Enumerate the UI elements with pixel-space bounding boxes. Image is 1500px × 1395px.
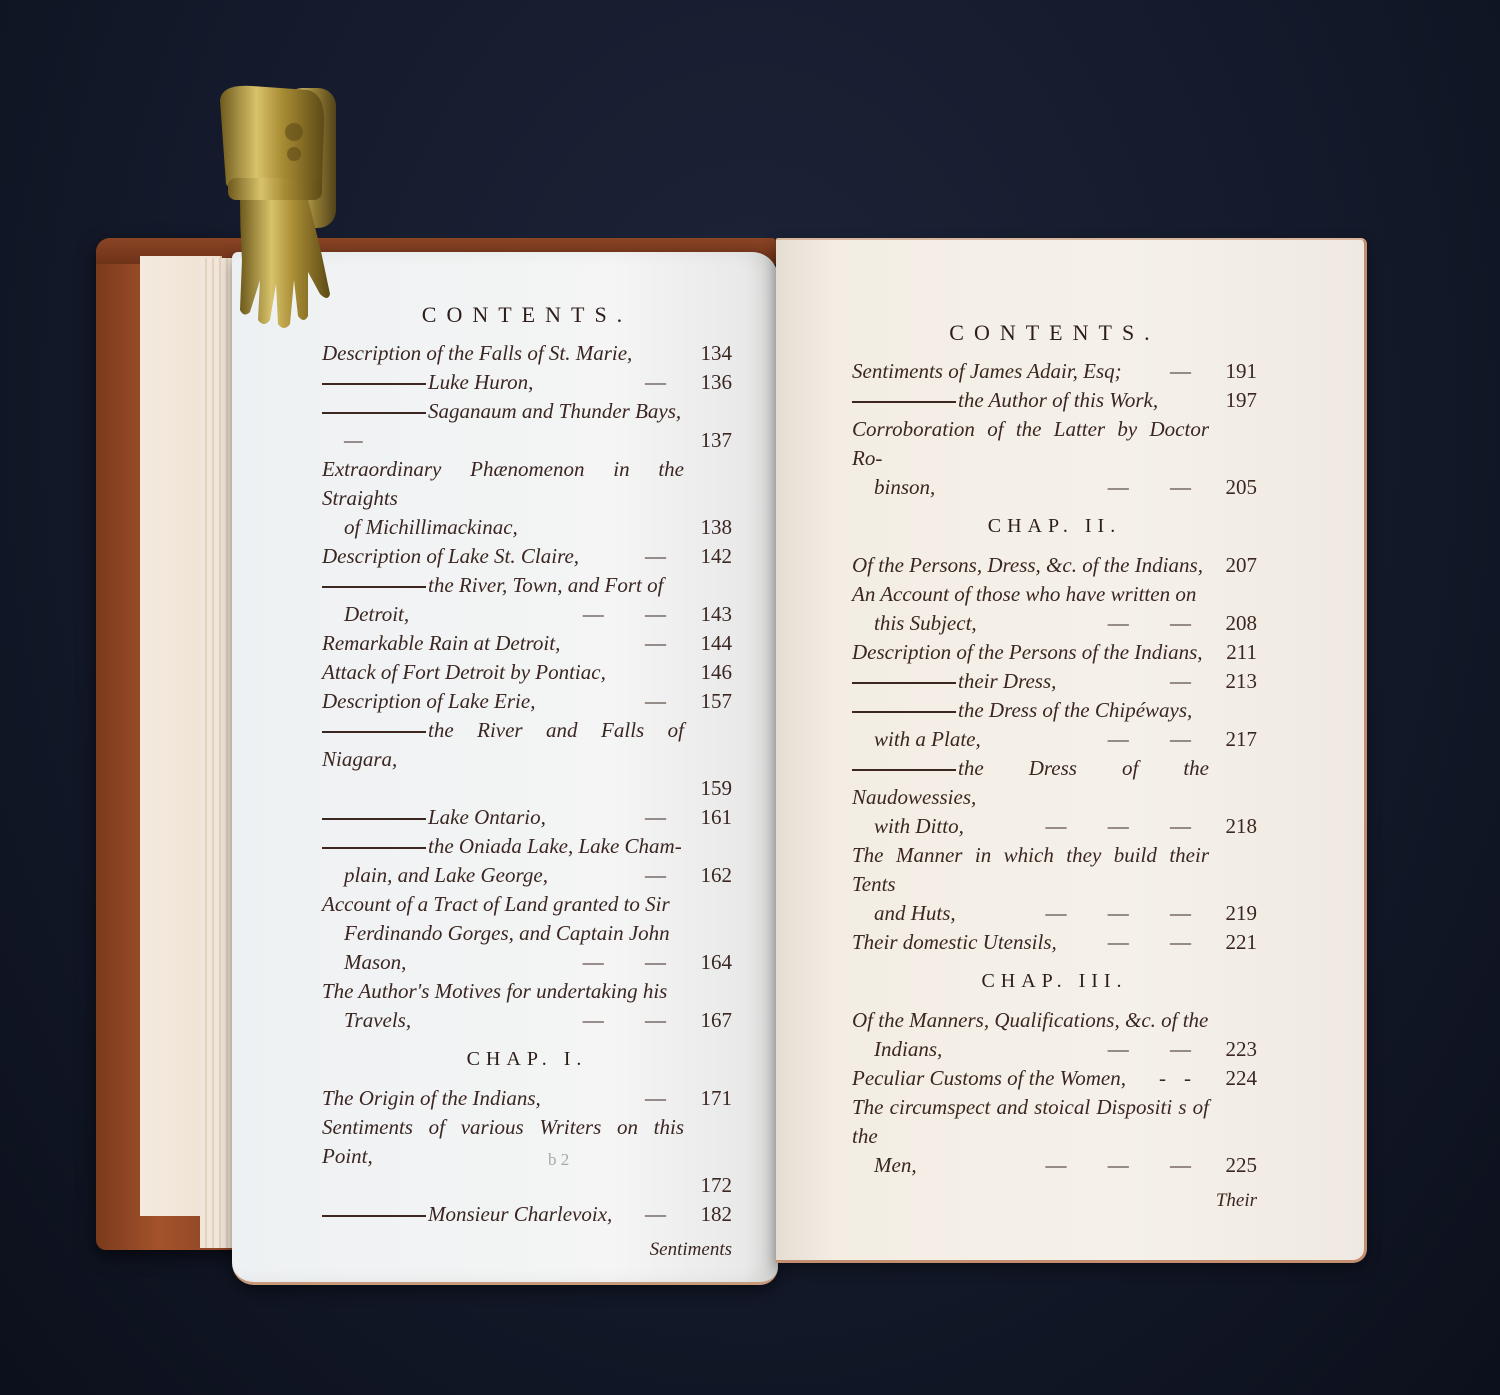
toc-entry: Extraordinary Phænomenon in the Straight…	[322, 455, 732, 513]
toc-entry: 159	[322, 774, 732, 803]
leader-dashes: —	[645, 542, 684, 571]
toc-entry: Corroboration of the Latter by Doctor Ro…	[852, 415, 1257, 473]
entry-title: Ferdinando Gorges, and Captain John	[322, 919, 684, 948]
right-contents: CONTENTS. Sentiments of James Adair, Esq…	[852, 318, 1257, 1215]
leader-dashes: —	[645, 803, 684, 832]
toc-entry: Ferdinando Gorges, and Captain John	[322, 919, 732, 948]
toc-entry: Monsieur Charlevoix,—182	[322, 1200, 732, 1229]
toc-entry: Description of the Persons of the Indian…	[852, 638, 1257, 667]
left-contents: CONTENTS. Description of the Falls of St…	[322, 300, 732, 1264]
photo-scene: CONTENTS. Description of the Falls of St…	[0, 0, 1500, 1395]
toc-entry: Men,— — —225	[852, 1151, 1257, 1180]
entry-title: An Account of those who have written on	[852, 580, 1209, 609]
toc-entry: the Oniada Lake, Lake Cham-	[322, 832, 732, 861]
toc-entry: An Account of those who have written on	[852, 580, 1257, 609]
page-number: 167	[684, 1006, 732, 1035]
leader-dashes: — —	[1108, 1035, 1209, 1064]
leader-dashes: — —	[1108, 473, 1209, 502]
page-number: 164	[684, 948, 732, 977]
entry-title: The Author's Motives for undertaking his	[322, 977, 684, 1006]
toc-entry: Sentiments of James Adair, Esq;—191	[852, 357, 1257, 386]
toc-entry: Remarkable Rain at Detroit,—144	[322, 629, 732, 658]
page-number: 197	[1209, 386, 1257, 415]
page-number: 142	[684, 542, 732, 571]
entry-title: Men,	[852, 1151, 1046, 1180]
leader-dashes: --	[1159, 1064, 1209, 1093]
entry-title: Mason,	[322, 948, 583, 977]
toc-entry: the River and Falls of Niagara,	[322, 716, 732, 774]
entry-title: Sentiments of James Adair, Esq;	[852, 357, 1170, 386]
entry-list: The Origin of the Indians,—171Sentiments…	[322, 1084, 732, 1229]
entry-title: Their domestic Utensils,	[852, 928, 1108, 957]
entry-list: Of the Manners, Qualifications, &c. of t…	[852, 1006, 1257, 1180]
leader-dashes: — —	[583, 948, 684, 977]
entry-title: Remarkable Rain at Detroit,	[322, 629, 645, 658]
entry-title: Sentiments of various Writers on this Po…	[322, 1113, 684, 1171]
toc-entry: Attack of Fort Detroit by Pontiac,146	[322, 658, 732, 687]
page-number: 171	[684, 1084, 732, 1113]
entry-title: Attack of Fort Detroit by Pontiac,	[322, 658, 684, 687]
toc-entry: Saganaum and Thunder Bays,	[322, 397, 732, 426]
entry-title: the Dress of the Chipéways,	[852, 696, 1209, 725]
leader-dashes: — —	[1108, 725, 1209, 754]
toc-entry: Description of Lake St. Claire,—142	[322, 542, 732, 571]
toc-entry: this Subject,— —208	[852, 609, 1257, 638]
leader-dashes: — —	[1108, 609, 1209, 638]
entry-title: Saganaum and Thunder Bays,	[322, 397, 684, 426]
toc-entry: Sentiments of various Writers on this Po…	[322, 1113, 732, 1171]
entry-title: Indians,	[852, 1035, 1108, 1064]
entry-title: with a Plate,	[852, 725, 1108, 754]
toc-entry: Of the Manners, Qualifications, &c. of t…	[852, 1006, 1257, 1035]
page-number: 191	[1209, 357, 1257, 386]
page-number: 134	[684, 339, 732, 368]
toc-entry: Of the Persons, Dress, &c. of the Indian…	[852, 551, 1257, 580]
toc-entry: with a Plate,— —217	[852, 725, 1257, 754]
toc-entry: 172	[322, 1171, 732, 1200]
leader-dashes: — — —	[1046, 1151, 1210, 1180]
catchword: Sentiments	[322, 1235, 732, 1264]
page-number: 213	[1209, 667, 1257, 696]
entry-title: Description of Lake St. Claire,	[322, 542, 645, 571]
toc-entry: and Huts,— — —219	[852, 899, 1257, 928]
toc-entry: Their domestic Utensils,— —221	[852, 928, 1257, 957]
page-number: 217	[1209, 725, 1257, 754]
page-number: 137	[684, 426, 732, 455]
entry-title: —	[322, 426, 684, 455]
page-number: 225	[1209, 1151, 1257, 1180]
toc-entry: binson,— —205	[852, 473, 1257, 502]
toc-entry: Indians,— —223	[852, 1035, 1257, 1064]
entry-list: Sentiments of James Adair, Esq;—191the A…	[852, 357, 1257, 502]
entry-title: Of the Manners, Qualifications, &c. of t…	[852, 1006, 1209, 1035]
toc-entry: Description of Lake Erie,—157	[322, 687, 732, 716]
entry-title: with Ditto,	[852, 812, 1046, 841]
toc-entry: Detroit,— —143	[322, 600, 732, 629]
entry-title: the Dress of the Naudowessies,	[852, 754, 1209, 812]
toc-entry: the River, Town, and Fort of	[322, 571, 732, 600]
toc-entry: of Michillimackinac,138	[322, 513, 732, 542]
toc-entry: The Origin of the Indians,—171	[322, 1084, 732, 1113]
page-number: 182	[684, 1200, 732, 1229]
page-number: 224	[1209, 1064, 1257, 1093]
page-number: 162	[684, 861, 732, 890]
entry-title: Description of Lake Erie,	[322, 687, 645, 716]
page-number: 205	[1209, 473, 1257, 502]
page-number: 157	[684, 687, 732, 716]
entry-title: Corroboration of the Latter by Doctor Ro…	[852, 415, 1209, 473]
page-number: 221	[1209, 928, 1257, 957]
entry-title: their Dress,	[852, 667, 1170, 696]
entry-title: the Oniada Lake, Lake Cham-	[322, 832, 684, 861]
signature-mark: b 2	[548, 1150, 569, 1170]
toc-entry: Luke Huron,—136	[322, 368, 732, 397]
entry-title: plain, and Lake George,	[322, 861, 645, 890]
leader-dashes: — — —	[1046, 812, 1210, 841]
page-number: 144	[684, 629, 732, 658]
page-number: 143	[684, 600, 732, 629]
page-number: 208	[1209, 609, 1257, 638]
leader-dashes: —	[645, 1084, 684, 1113]
page-number: 159	[684, 774, 732, 803]
page-number: 207	[1209, 551, 1257, 580]
toc-entry: the Author of this Work,197	[852, 386, 1257, 415]
entry-title: The Manner in which they build their Ten…	[852, 841, 1209, 899]
leader-dashes: —	[1170, 357, 1209, 386]
chapter-heading: CHAP. III.	[852, 967, 1257, 996]
toc-entry: Lake Ontario,—161	[322, 803, 732, 832]
leader-dashes: —	[645, 368, 684, 397]
toc-entry: Travels,— —167	[322, 1006, 732, 1035]
entry-title: of Michillimackinac,	[322, 513, 684, 542]
entry-title: Account of a Tract of Land granted to Si…	[322, 890, 684, 919]
leader-dashes: —	[1170, 667, 1209, 696]
leader-dashes: —	[645, 861, 684, 890]
entry-title: and Huts,	[852, 899, 1046, 928]
toc-entry: plain, and Lake George,—162	[322, 861, 732, 890]
toc-entry: Peculiar Customs of the Women,--224	[852, 1064, 1257, 1093]
entry-title: the River and Falls of Niagara,	[322, 716, 684, 774]
toc-entry: The circumspect and stoical Dispositi s …	[852, 1093, 1257, 1151]
toc-entry: with Ditto,— — —218	[852, 812, 1257, 841]
leader-dashes: — —	[583, 1006, 684, 1035]
entry-title: Luke Huron,	[322, 368, 645, 397]
toc-entry: Mason,— —164	[322, 948, 732, 977]
page-number: 146	[684, 658, 732, 687]
entry-list: Of the Persons, Dress, &c. of the Indian…	[852, 551, 1257, 957]
entry-title: Peculiar Customs of the Women,	[852, 1064, 1159, 1093]
entry-title: Detroit,	[322, 600, 583, 629]
brass-hand-clip-icon	[212, 80, 344, 342]
page-number: 219	[1209, 899, 1257, 928]
page-number: 172	[684, 1171, 732, 1200]
leader-dashes: —	[645, 629, 684, 658]
entry-title: Travels,	[322, 1006, 583, 1035]
contents-heading: CONTENTS.	[852, 318, 1257, 347]
entry-title: Description of the Persons of the Indian…	[852, 638, 1209, 667]
leader-dashes: — —	[1108, 928, 1209, 957]
leader-dashes: — — —	[1046, 899, 1210, 928]
toc-entry: The Author's Motives for undertaking his	[322, 977, 732, 1006]
entry-title: this Subject,	[852, 609, 1108, 638]
leader-dashes: —	[645, 687, 684, 716]
entry-title: the River, Town, and Fort of	[322, 571, 684, 600]
toc-entry: their Dress,—213	[852, 667, 1257, 696]
catchword: Their	[852, 1186, 1257, 1215]
toc-entry: Account of a Tract of Land granted to Si…	[322, 890, 732, 919]
entry-title: The circumspect and stoical Dispositi s …	[852, 1093, 1209, 1151]
page-number: 136	[684, 368, 732, 397]
entry-title: Extraordinary Phænomenon in the Straight…	[322, 455, 684, 513]
page-number: 138	[684, 513, 732, 542]
leader-dashes: —	[645, 1200, 684, 1229]
toc-entry: —137	[322, 426, 732, 455]
toc-entry: the Dress of the Naudowessies,	[852, 754, 1257, 812]
toc-entry: the Dress of the Chipéways,	[852, 696, 1257, 725]
chapter-heading: CHAP. II.	[852, 512, 1257, 541]
chapter-heading: CHAP. I.	[322, 1045, 732, 1074]
toc-entry: Description of the Falls of St. Marie,13…	[322, 339, 732, 368]
entry-title: binson,	[852, 473, 1108, 502]
entry-title: Description of the Falls of St. Marie,	[322, 339, 684, 368]
entry-title: the Author of this Work,	[852, 386, 1209, 415]
entry-title: Of the Persons, Dress, &c. of the Indian…	[852, 551, 1209, 580]
entry-title: The Origin of the Indians,	[322, 1084, 645, 1113]
entry-title: Monsieur Charlevoix,	[322, 1200, 645, 1229]
toc-entry: The Manner in which they build their Ten…	[852, 841, 1257, 899]
page-number: 161	[684, 803, 732, 832]
contents-heading: CONTENTS.	[322, 300, 732, 329]
leader-dashes: — —	[583, 600, 684, 629]
entry-title: Lake Ontario,	[322, 803, 645, 832]
page-number: 223	[1209, 1035, 1257, 1064]
page-number: 218	[1209, 812, 1257, 841]
page-number: 211	[1209, 638, 1257, 667]
entry-list: Description of the Falls of St. Marie,13…	[322, 339, 732, 1035]
